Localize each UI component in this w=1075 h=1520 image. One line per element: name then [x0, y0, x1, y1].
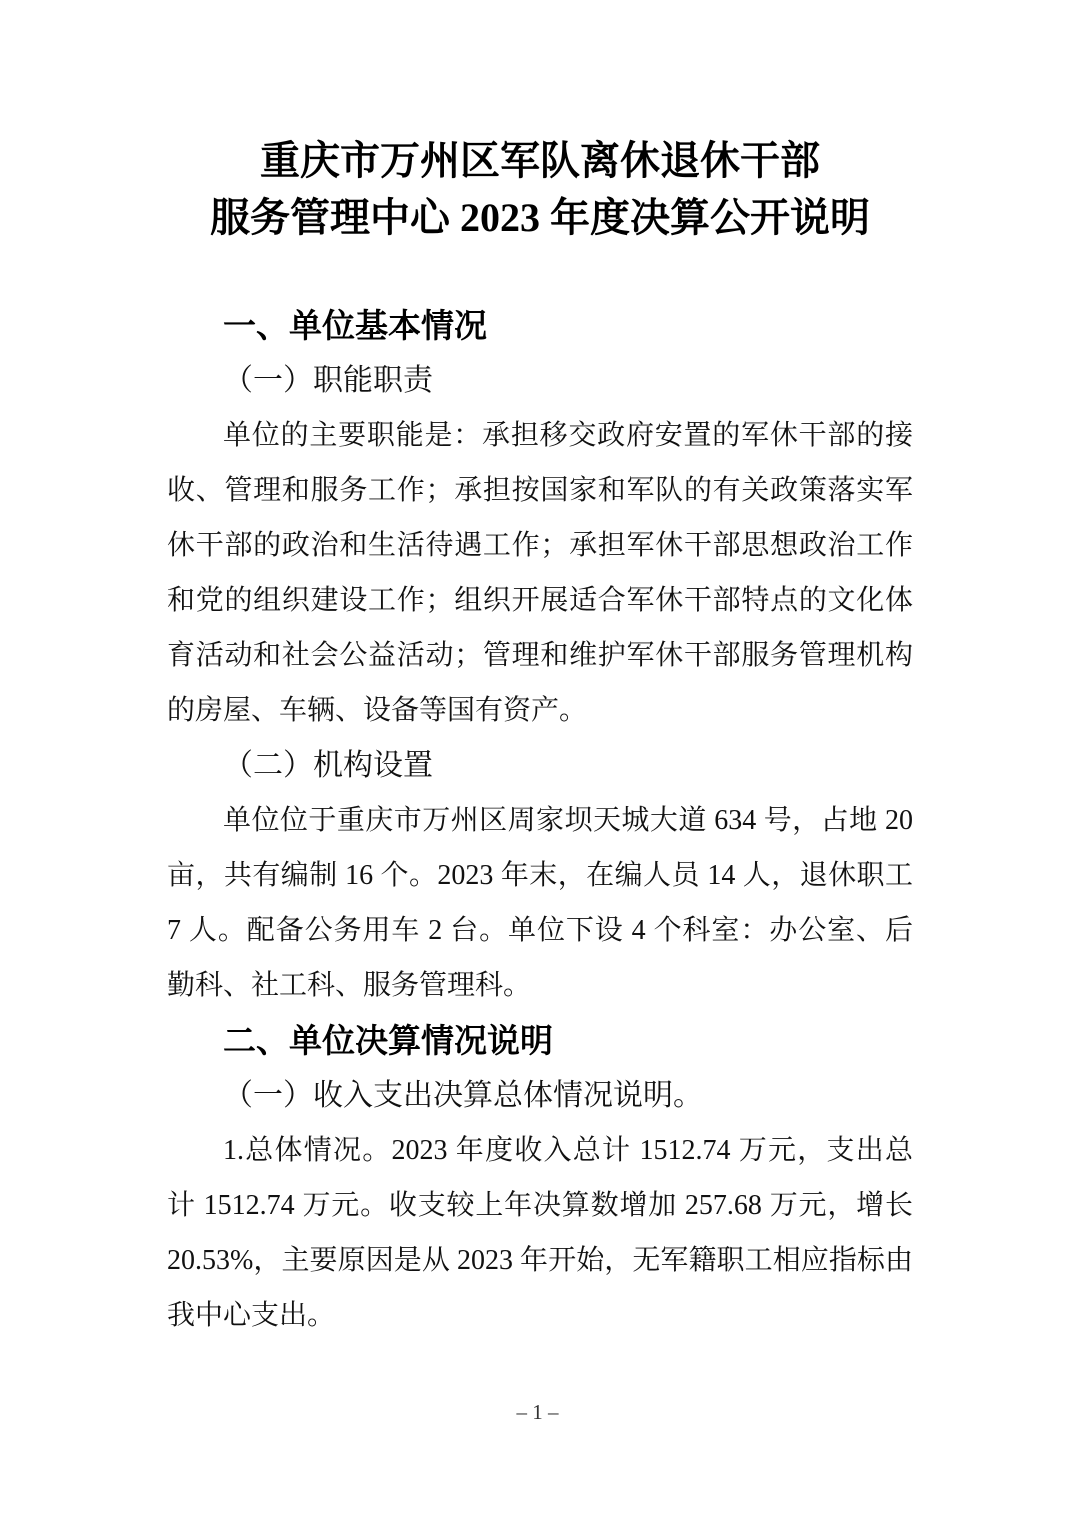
subsection-heading-organization-setup: （二）机构设置 [167, 738, 913, 793]
section-heading-unit-basic-info: 一、单位基本情况 [167, 298, 913, 353]
document-page: 重庆市万州区军队离休退休干部 服务管理中心 2023 年度决算公开说明 一、单位… [0, 0, 1075, 1520]
page-number: – 1 – [0, 1400, 1075, 1425]
paragraph-overall-situation: 1.总体情况。2023 年度收入总计 1512.74 万元，支出总计 1512.… [167, 1123, 913, 1343]
subsection-heading-revenue-expenditure-overview: （一）收入支出决算总体情况说明。 [167, 1068, 913, 1123]
subsection-heading-functions-duties: （一）职能职责 [167, 353, 913, 408]
document-content: 重庆市万州区军队离休退休干部 服务管理中心 2023 年度决算公开说明 一、单位… [167, 132, 913, 1343]
section-heading-final-accounts-explanation: 二、单位决算情况说明 [167, 1013, 913, 1068]
document-title-line-1: 重庆市万州区军队离休退休干部 [167, 132, 913, 189]
document-title-line-2: 服务管理中心 2023 年度决算公开说明 [167, 189, 913, 246]
paragraph-organization-setup: 单位位于重庆市万州区周家坝天城大道 634 号，占地 20 亩，共有编制 16 … [167, 793, 913, 1013]
paragraph-functions-duties: 单位的主要职能是：承担移交政府安置的军休干部的接收、管理和服务工作；承担按国家和… [167, 408, 913, 738]
document-title: 重庆市万州区军队离休退休干部 服务管理中心 2023 年度决算公开说明 [167, 132, 913, 246]
